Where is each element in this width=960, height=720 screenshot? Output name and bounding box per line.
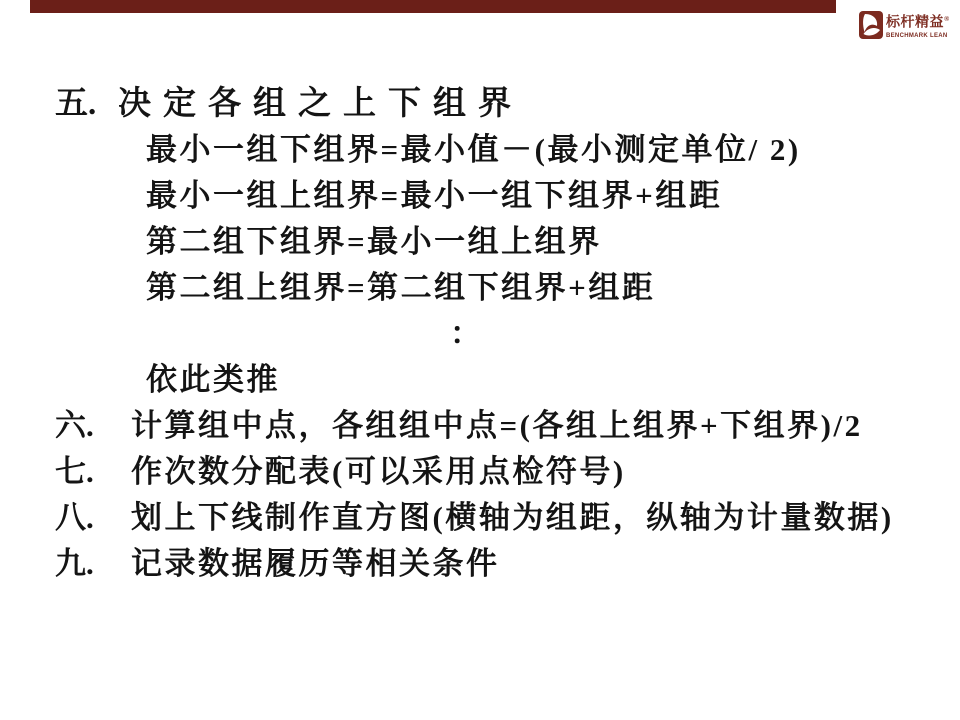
company-logo: 标杆精益® BENCHMARK LEAN: [859, 11, 954, 40]
line-text: 最小一组下组界=最小值－(最小测定单位/ 2): [146, 132, 801, 167]
content-line: ：: [55, 311, 935, 357]
content-line: 八.划上下线制作直方图(横轴为组距，纵轴为计量数据): [55, 495, 935, 541]
line-text: 最小一组上组界=最小一组下组界+组距: [146, 178, 722, 213]
line-text: ：: [450, 316, 484, 351]
logo-swoosh-icon: [859, 11, 883, 39]
line-text: 决定各组之上下组界: [118, 86, 523, 122]
line-text: 第二组下组界=最小一组上组界: [146, 224, 602, 259]
registered-trademark-symbol: ®: [944, 15, 949, 23]
logo-text-block: 标杆精益® BENCHMARK LEAN: [886, 11, 949, 40]
line-text: 划上下线制作直方图(横轴为组距，纵轴为计量数据): [131, 500, 894, 535]
content-line: 第二组上组界=第二组下组界+组距: [55, 265, 935, 311]
content-line: 九.记录数据履历等相关条件: [55, 541, 935, 587]
line-text: 作次数分配表(可以采用点检符号): [131, 454, 626, 489]
logo-name-en: BENCHMARK LEAN: [886, 33, 949, 40]
line-number: 九.: [55, 541, 131, 587]
content-line: 依此类推: [55, 357, 935, 403]
content-line: 最小一组上组界=最小一组下组界+组距: [55, 173, 935, 219]
content-line: 第二组下组界=最小一组上组界: [55, 219, 935, 265]
content-line: 五.决定各组之上下组界: [55, 81, 935, 127]
content-lines: 五.决定各组之上下组界最小一组下组界=最小值－(最小测定单位/ 2)最小一组上组…: [55, 81, 935, 587]
line-number: 六.: [55, 403, 131, 449]
line-number: 八.: [55, 495, 131, 541]
line-text: 依此类推: [146, 362, 280, 397]
line-text: 计算组中点，各组组中点=(各组上组界+下组界)/2: [131, 408, 863, 443]
content-line: 六.计算组中点，各组组中点=(各组上组界+下组界)/2: [55, 403, 935, 449]
logo-name-zh: 标杆精益®: [886, 11, 949, 32]
header-bar: [30, 0, 836, 13]
line-number: 七.: [55, 449, 131, 495]
content-line: 最小一组下组界=最小值－(最小测定单位/ 2): [55, 127, 935, 173]
line-number: 五.: [55, 81, 118, 127]
content-line: 七.作次数分配表(可以采用点检符号): [55, 449, 935, 495]
line-text: 第二组上组界=第二组下组界+组距: [146, 270, 655, 305]
line-text: 记录数据履历等相关条件: [131, 546, 500, 581]
